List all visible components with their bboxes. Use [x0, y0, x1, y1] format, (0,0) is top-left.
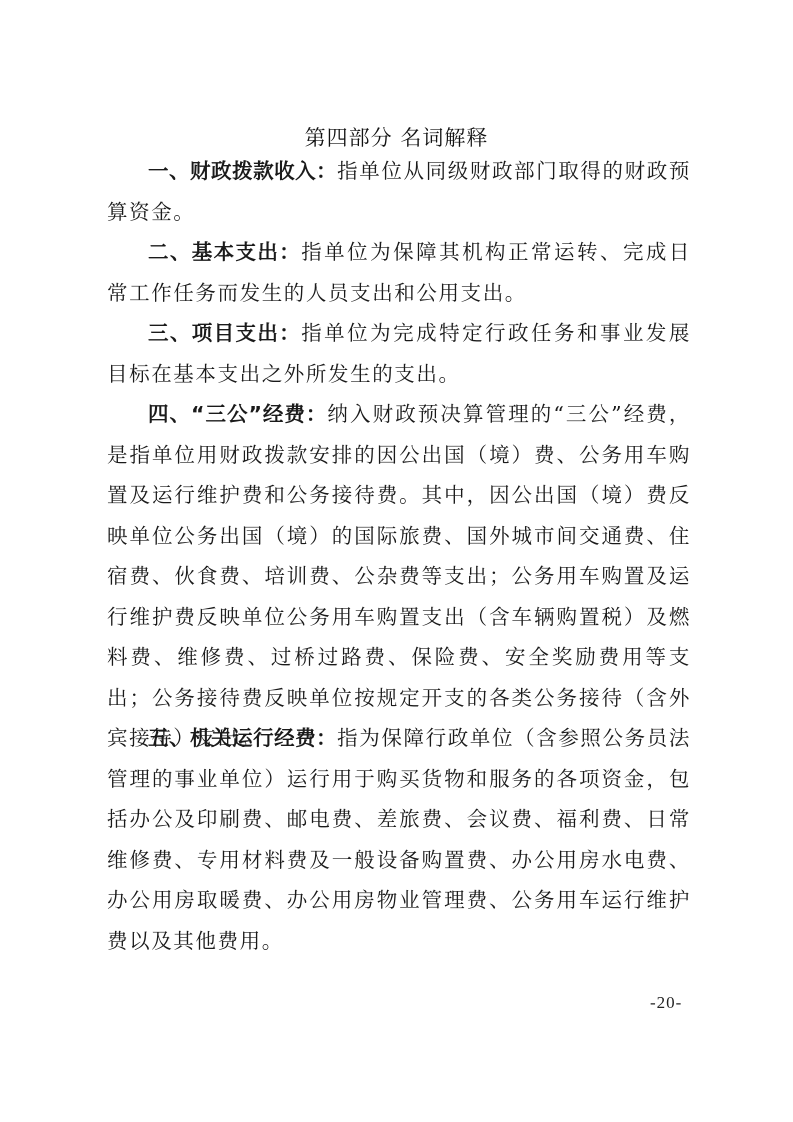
definition-paragraph-project-expenditure: 三、项目支出：指单位为完成特定行政任务和事业发展目标在基本支出之外所发生的支出。	[107, 313, 691, 394]
term-label: 四、“三公”经费：	[148, 402, 327, 426]
page-title: 第四部分 名词解释	[0, 122, 793, 152]
term-label: 一、财政拨款收入：	[148, 159, 337, 183]
definition-paragraph-fiscal-appropriation-income: 一、财政拨款收入：指单位从同级财政部门取得的财政预算资金。	[107, 151, 691, 232]
definition-paragraph-agency-operating-expenses: 五、机关运行经费：指为保障行政单位（含参照公务员法管理的事业单位）运行用于购买货…	[107, 718, 691, 961]
term-label: 三、项目支出：	[148, 321, 301, 345]
term-label: 五、机关运行经费：	[148, 726, 337, 750]
term-label: 二、基本支出：	[148, 240, 301, 264]
page-number: -20-	[650, 993, 682, 1013]
term-definition: 纳入财政预决算管理的“三公”经费，是指单位用财政拨款安排的因公出国（境）费、公务…	[107, 402, 691, 750]
definition-paragraph-three-public-expenses: 四、“三公”经费：纳入财政预决算管理的“三公”经费，是指单位用财政拨款安排的因公…	[107, 394, 691, 759]
term-definition: 指为保障行政单位（含参照公务员法管理的事业单位）运行用于购买货物和服务的各项资金…	[107, 726, 691, 953]
definition-paragraph-basic-expenditure: 二、基本支出：指单位为保障其机构正常运转、完成日常工作任务而发生的人员支出和公用…	[107, 232, 691, 313]
